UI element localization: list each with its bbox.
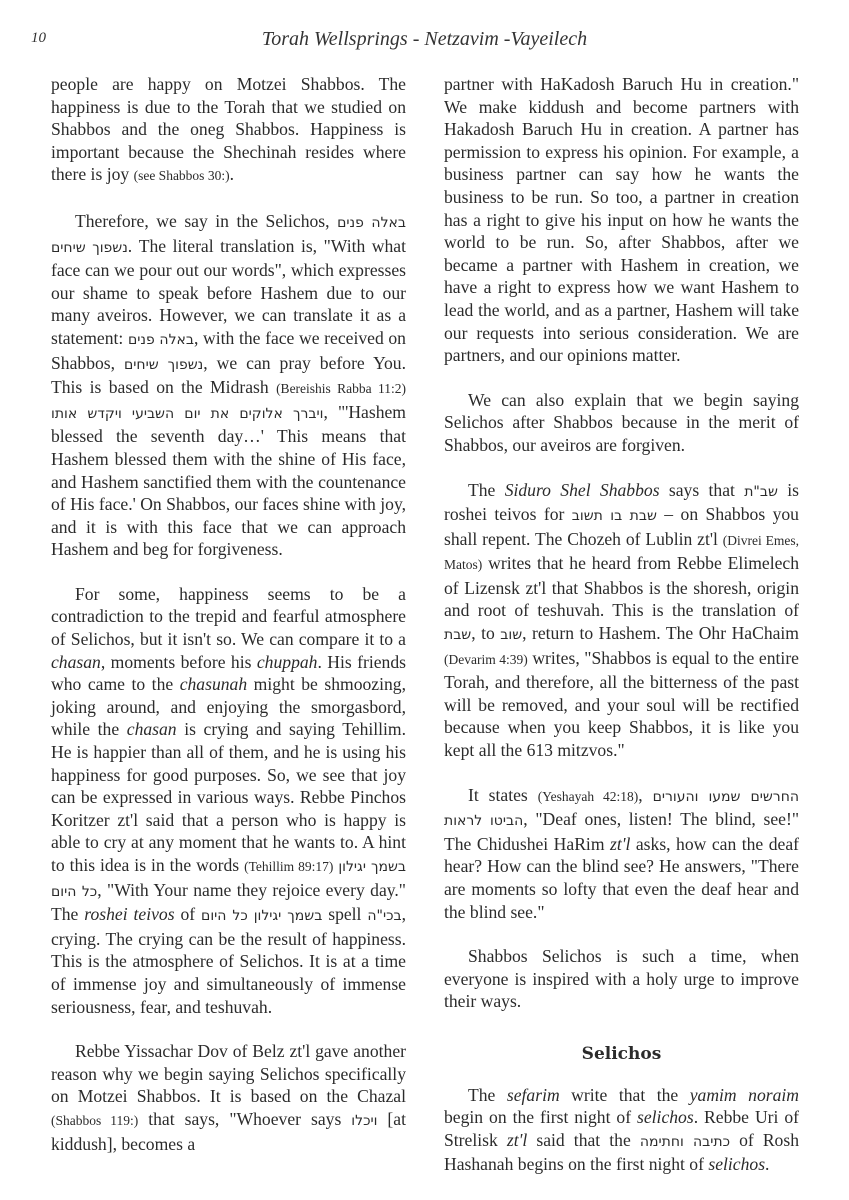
hebrew-quote: שוב	[500, 627, 522, 643]
running-title: Torah Wellsprings - Netzavim -Vayeilech	[0, 28, 849, 51]
text-run: For some, happiness seems to be a contra…	[51, 584, 406, 649]
text-run: that says, "Whoever says	[138, 1109, 351, 1129]
left-column: people are happy on Motzei Shabbos. The …	[51, 73, 406, 1177]
page-header: 10 Torah Wellsprings - Netzavim -Vayeile…	[0, 28, 849, 52]
hebrew-quote: שב"ת	[744, 484, 778, 500]
text-run: .	[765, 1154, 769, 1174]
hebrew-quote: בכי"ה	[367, 908, 401, 924]
paragraph: Rebbe Yissachar Dov of Belz zt'l gave an…	[51, 1040, 406, 1155]
text-run: write that the	[560, 1085, 690, 1105]
paragraph: people are happy on Motzei Shabbos. The …	[51, 73, 406, 188]
hebrew-quote: שבת בו תשוב	[572, 508, 657, 524]
text-run: begin on the first night of	[444, 1107, 637, 1127]
citation: (Shabbos 119:)	[51, 1113, 138, 1128]
italic-term: selichos	[637, 1107, 694, 1127]
text-run: .	[230, 164, 234, 184]
text-run: Therefore, we say in the Selichos,	[75, 211, 337, 231]
italic-term: roshei teivos	[84, 904, 174, 924]
citation: (Yeshayah 42:18)	[538, 789, 639, 804]
paragraph: We can also explain that we begin saying…	[444, 389, 799, 457]
text-run: said that the	[527, 1130, 640, 1150]
italic-term: Siduro Shel Shabbos	[505, 480, 660, 500]
hebrew-quote: בשמך יגילון כל היום	[201, 908, 322, 924]
hebrew-quote: באלה פנים	[128, 332, 194, 348]
text-run: , return to Hashem. The Ohr HaChaim	[522, 623, 799, 643]
citation: (see Shabbos 30:)	[134, 168, 230, 183]
italic-term: chasan	[51, 652, 101, 672]
paragraph: Shabbos Selichos is such a time, when ev…	[444, 945, 799, 1013]
text-run: writes that he heard from Rebbe Elimelec…	[444, 553, 799, 620]
italic-term: yamim noraim	[690, 1085, 799, 1105]
italic-term: zt'l	[610, 834, 630, 854]
text-run: is crying and saying Tehillim. He is hap…	[51, 719, 406, 875]
hebrew-quote: כתיבה וחתימה	[640, 1134, 730, 1150]
text-run: spell	[322, 904, 367, 924]
paragraph: The sefarim write that the yamim noraim …	[444, 1084, 799, 1176]
section-heading: Selichos	[444, 1043, 799, 1066]
text-run: of	[175, 904, 201, 924]
paragraph: Therefore, we say in the Selichos, באלה …	[51, 210, 406, 561]
text-run: ,	[638, 785, 652, 805]
paragraph: The Siduro Shel Shabbos says that שב"ת i…	[444, 479, 799, 762]
paragraph: partner with HaKadosh Baruch Hu in creat…	[444, 73, 799, 367]
citation: (Tehillim 89:17)	[244, 859, 333, 874]
text-run: Rebbe Yissachar Dov of Belz zt'l gave an…	[51, 1041, 406, 1106]
citation: (Bereishis Rabba 11:2)	[276, 381, 406, 396]
text-run: , moments before his	[101, 652, 257, 672]
paragraph: It states (Yeshayah 42:18), החרשים שמעו …	[444, 784, 799, 924]
hebrew-quote: ויברך אלוקים את יום השביעי ויקדש אותו	[51, 406, 323, 422]
italic-term: zt'l	[507, 1130, 527, 1150]
right-column: partner with HaKadosh Baruch Hu in creat…	[444, 73, 799, 1198]
text-run: says that	[660, 480, 745, 500]
hebrew-quote: נשפוך שיחים	[124, 357, 203, 373]
text-run: The	[468, 480, 505, 500]
hebrew-quote: ויכלו	[351, 1113, 377, 1129]
citation: (Devarim 4:39)	[444, 652, 528, 667]
italic-term: sefarim	[507, 1085, 560, 1105]
text-run: It states	[468, 785, 538, 805]
text-run: , "'Hashem blessed the seventh day…' Thi…	[51, 402, 406, 560]
italic-term: chasan	[127, 719, 177, 739]
hebrew-quote: שבת	[444, 627, 471, 643]
text-run: The	[468, 1085, 507, 1105]
text-run: Shabbos Selichos is such a time, when ev…	[444, 946, 799, 1011]
text-run: We can also explain that we begin saying…	[444, 390, 799, 455]
paragraph: For some, happiness seems to be a contra…	[51, 583, 406, 1018]
text-run: , to	[471, 623, 500, 643]
text-run: partner with HaKadosh Baruch Hu in creat…	[444, 74, 799, 365]
italic-term: selichos	[708, 1154, 765, 1174]
italic-term: chasunah	[180, 674, 247, 694]
italic-term: chuppah	[257, 652, 318, 672]
